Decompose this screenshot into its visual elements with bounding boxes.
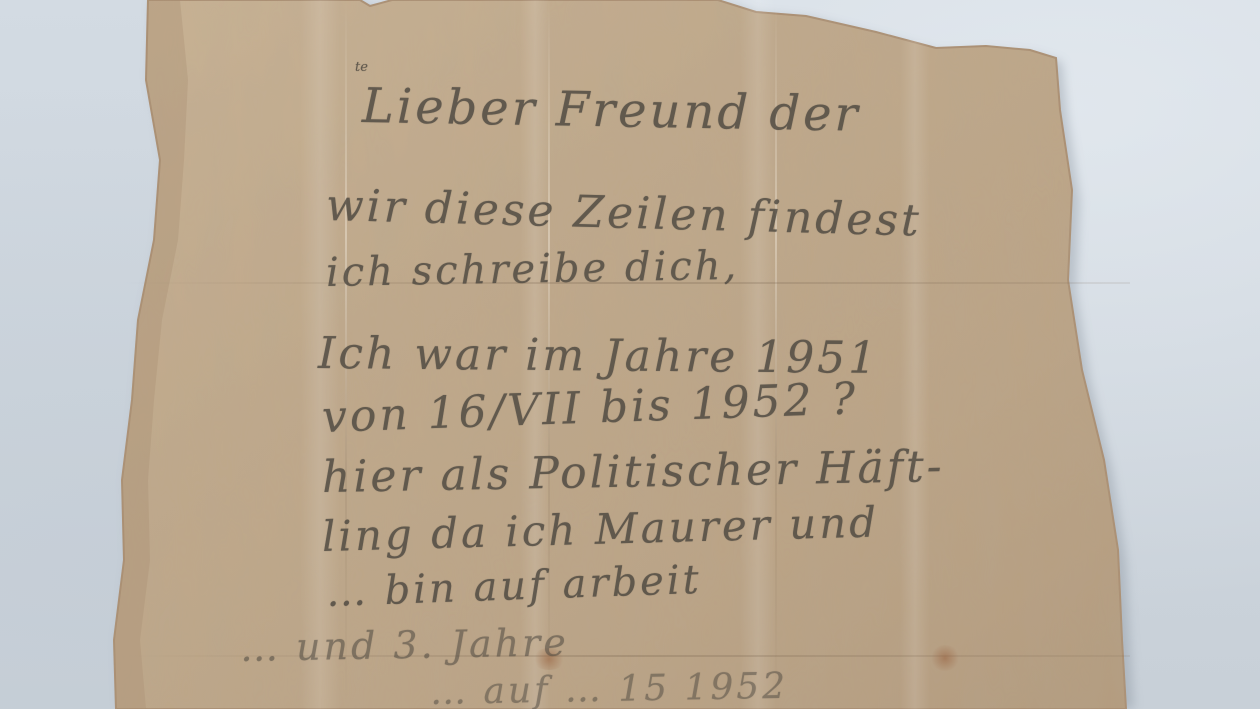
paper-shape <box>0 0 1260 709</box>
paper-fold-crease <box>345 0 347 709</box>
paper-fold-crease <box>120 282 1130 284</box>
aged-paper-note <box>0 0 1260 709</box>
paper-fold-crease <box>120 655 1130 657</box>
rust-stain <box>930 645 960 671</box>
paper-fold-crease <box>775 0 777 709</box>
paper-fold-crease <box>548 0 550 709</box>
rust-stain <box>532 648 566 670</box>
